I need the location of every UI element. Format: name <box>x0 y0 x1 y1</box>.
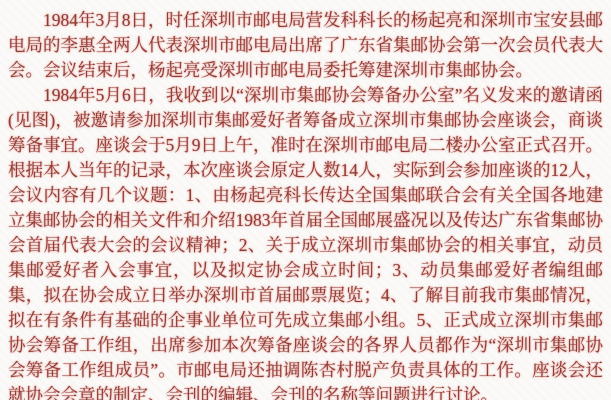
paragraph-1: 1984年3月8日，时任深圳市邮电局营发科科长的杨起亮和深圳市宝安县邮电局的李惠… <box>8 8 603 83</box>
paragraph-2: 1984年5月6日，我收到以“深圳市集邮协会筹备办公室”名义发来的邀请函(见图)… <box>8 83 603 400</box>
document-page: 1984年3月8日，时任深圳市邮电局营发科科长的杨起亮和深圳市宝安县邮电局的李惠… <box>0 0 611 400</box>
